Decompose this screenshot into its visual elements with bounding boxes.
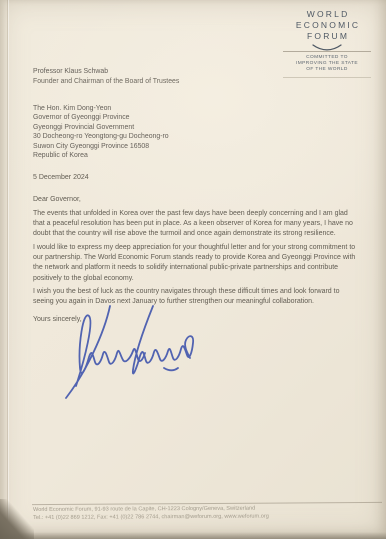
- salutation: Dear Governor,: [33, 196, 81, 203]
- recipient-line: The Hon. Kim Dong-Yeon: [33, 104, 169, 113]
- recipient-line: Governor of Gyeonggi Province: [33, 113, 169, 122]
- signature-klaus-schwab: [52, 296, 262, 401]
- sender-name: Professor Klaus Schwab: [33, 67, 179, 77]
- body-paragraph-2: I would like to express my deep apprecia…: [33, 243, 356, 284]
- wef-logo-line3: FORUM: [283, 31, 371, 42]
- body-paragraph-1: The events that unfolded in Korea over t…: [33, 209, 356, 240]
- recipient-line: Gyeonggi Provincial Government: [33, 123, 169, 132]
- recipient-line: Suwon City Gyeonggi Province 16508: [33, 142, 169, 151]
- recipient-block: The Hon. Kim Dong-Yeon Governor of Gyeon…: [33, 104, 169, 160]
- recipient-line: Republic of Korea: [33, 151, 169, 160]
- wef-tagline: COMMITTED TO IMPROVING THE STATE OF THE …: [283, 51, 371, 78]
- letter-photo: WORLD ECONOMIC FORUM COMMITTED TO IMPROV…: [0, 0, 386, 539]
- tagline-line3: OF THE WORLD: [283, 67, 371, 73]
- photo-bottom-shadow: [0, 532, 386, 539]
- letter-date: 5 December 2024: [33, 174, 89, 181]
- sender-title: Founder and Chairman of the Board of Tru…: [33, 77, 179, 87]
- footer-block: World Economic Forum, 91-93 route de la …: [33, 505, 376, 522]
- wef-logo: WORLD ECONOMIC FORUM: [283, 9, 371, 52]
- wef-logo-line2: ECONOMIC: [283, 20, 371, 31]
- recipient-line: 30 Docheong-ro Yeongtong-gu Docheong-ro: [33, 132, 169, 141]
- sender-block: Professor Klaus Schwab Founder and Chair…: [33, 67, 179, 86]
- wef-logo-line1: WORLD: [283, 9, 371, 20]
- paper-crease: [7, 0, 8, 539]
